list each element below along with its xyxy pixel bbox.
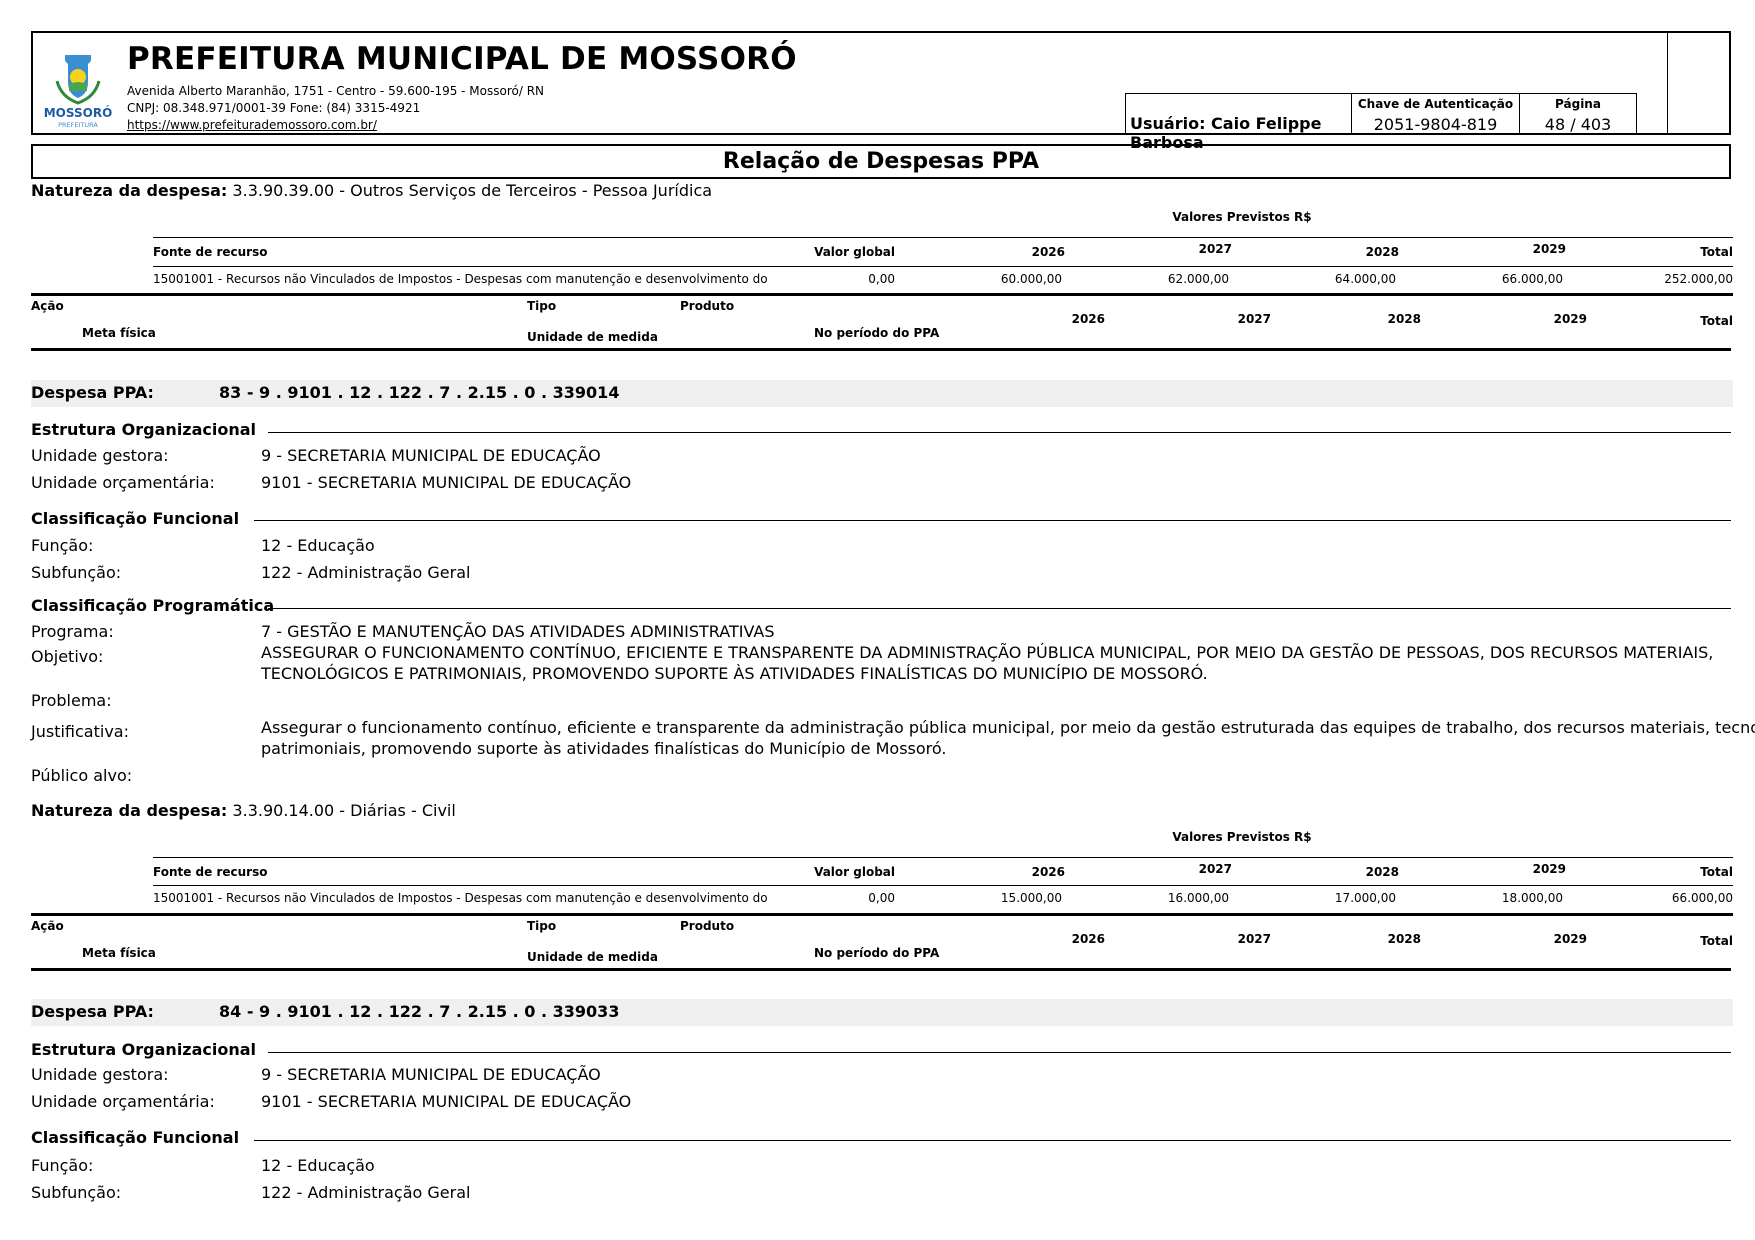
auth-key-value: 2051-9804-819	[1352, 115, 1519, 134]
svg-text:PREFEITURA: PREFEITURA	[58, 121, 98, 129]
year-header-2028: 2028	[1294, 245, 1399, 259]
meta-year-2026: 2026	[1000, 932, 1105, 946]
valor-global-header: Valor global	[780, 865, 895, 879]
value-2026: 60.000,00	[960, 272, 1062, 286]
programa-label: Programa:	[31, 622, 114, 641]
natureza-label: Natureza da despesa:	[31, 801, 227, 820]
table-divider	[153, 857, 1733, 858]
section-rule	[268, 1052, 1731, 1053]
table-divider	[31, 293, 1733, 296]
tipo-header: Tipo	[527, 919, 556, 933]
table-divider	[31, 913, 1733, 916]
svg-text:MOSSORÓ: MOSSORÓ	[44, 105, 113, 120]
total-header: Total	[1630, 865, 1733, 879]
value-total: 252.000,00	[1610, 272, 1733, 286]
unidade-orcamentaria-label: Unidade orçamentária:	[31, 1092, 215, 1111]
problema-label: Problema:	[31, 691, 112, 710]
section-rule	[268, 608, 1731, 609]
value-2028: 64.000,00	[1294, 272, 1396, 286]
produto-header: Produto	[680, 919, 734, 933]
meta-year-2029: 2029	[1482, 312, 1587, 326]
valores-previstos-label: Valores Previstos R$	[1142, 210, 1342, 224]
despesa-ppa-label: Despesa PPA:	[31, 1002, 154, 1021]
meta-year-2027: 2027	[1166, 932, 1271, 946]
natureza-value: 3.3.90.39.00 - Outros Serviços de Tercei…	[232, 181, 712, 200]
natureza-value: 3.3.90.14.00 - Diárias - Civil	[232, 801, 455, 820]
year-header-2027: 2027	[1127, 862, 1232, 876]
meta-year-2028: 2028	[1316, 312, 1421, 326]
funcao-label: Função:	[31, 1156, 93, 1175]
page-number: 48 / 403	[1520, 115, 1636, 134]
header-divider	[1667, 33, 1668, 133]
section-rule	[254, 1140, 1731, 1141]
meta-fisica-header: Meta física	[82, 326, 156, 340]
despesa-ppa-code: 84 - 9 . 9101 . 12 . 122 . 7 . 2.15 . 0 …	[219, 1002, 619, 1021]
coat-of-arms-icon: MOSSORÓ PREFEITURA	[43, 51, 113, 131]
subfuncao-value: 122 - Administração Geral	[261, 1183, 470, 1202]
year-header-2027: 2027	[1127, 242, 1232, 256]
meta-total-header: Total	[1630, 314, 1733, 328]
natureza-despesa-1: Natureza da despesa: 3.3.90.39.00 - Outr…	[31, 181, 712, 200]
funcional-title: Classificação Funcional	[31, 509, 239, 528]
periodo-ppa-header: No período do PPA	[814, 946, 939, 960]
unidade-gestora-value: 9 - SECRETARIA MUNICIPAL DE EDUCAÇÃO	[261, 1065, 601, 1084]
section-rule	[254, 520, 1731, 521]
objetivo-value-line1: ASSEGURAR O FUNCIONAMENTO CONTÍNUO, EFIC…	[261, 643, 1713, 662]
fonte-header: Fonte de recurso	[153, 865, 267, 879]
valores-previstos-label: Valores Previstos R$	[1142, 830, 1342, 844]
unidade-gestora-label: Unidade gestora:	[31, 1065, 169, 1084]
table-divider	[153, 266, 1733, 267]
fonte-value: 15001001 - Recursos não Vinculados de Im…	[153, 272, 768, 286]
meta-year-2027: 2027	[1166, 312, 1271, 326]
value-2027: 16.000,00	[1127, 891, 1229, 905]
auth-key-cell: Chave de Autenticação 2051-9804-819	[1351, 93, 1519, 133]
subfuncao-value: 122 - Administração Geral	[261, 563, 470, 582]
natureza-despesa-2: Natureza da despesa: 3.3.90.14.00 - Diár…	[31, 801, 456, 820]
fonte-header: Fonte de recurso	[153, 245, 267, 259]
estrutura-title: Estrutura Organizacional	[31, 1040, 256, 1059]
user-cell: Usuário: Caio Felippe Barbosa	[1125, 93, 1385, 133]
objetivo-value-line2: TECNOLÓGICOS E PATRIMONIAIS, PROMOVENDO …	[261, 664, 1208, 683]
publico-alvo-label: Público alvo:	[31, 766, 132, 785]
table-divider	[153, 885, 1733, 886]
meta-total-header: Total	[1630, 934, 1733, 948]
produto-header: Produto	[680, 299, 734, 313]
meta-year-2028: 2028	[1316, 932, 1421, 946]
acao-header: Ação	[31, 299, 64, 313]
meta-fisica-header: Meta física	[82, 946, 156, 960]
programatica-title: Classificação Programática	[31, 596, 274, 615]
table-divider	[153, 237, 1733, 238]
report-header: MOSSORÓ PREFEITURA PREFEITURA MUNICIPAL …	[31, 31, 1731, 135]
natureza-label: Natureza da despesa:	[31, 181, 227, 200]
year-header-2028: 2028	[1294, 865, 1399, 879]
value-2028: 17.000,00	[1294, 891, 1396, 905]
subfuncao-label: Subfunção:	[31, 563, 121, 582]
acao-header: Ação	[31, 919, 64, 933]
value-2029: 18.000,00	[1461, 891, 1563, 905]
page-label: Página	[1520, 97, 1636, 111]
organization-website-link[interactable]: https://www.prefeiturademossoro.com.br/	[127, 118, 377, 132]
estrutura-title: Estrutura Organizacional	[31, 420, 256, 439]
year-header-2029: 2029	[1461, 242, 1566, 256]
objetivo-label: Objetivo:	[31, 647, 103, 666]
valor-global-value: 0,00	[780, 272, 895, 286]
funcao-label: Função:	[31, 536, 93, 555]
unidade-medida-header: Unidade de medida	[527, 330, 658, 344]
valor-global-header: Valor global	[780, 245, 895, 259]
section-rule	[268, 432, 1731, 433]
valor-global-value: 0,00	[780, 891, 895, 905]
organization-cnpj-phone: CNPJ: 08.348.971/0001-39 Fone: (84) 3315…	[127, 101, 420, 115]
funcional-title: Classificação Funcional	[31, 1128, 239, 1147]
unidade-orcamentaria-value: 9101 - SECRETARIA MUNICIPAL DE EDUCAÇÃO	[261, 473, 631, 492]
tipo-header: Tipo	[527, 299, 556, 313]
value-total: 66.000,00	[1610, 891, 1733, 905]
unidade-orcamentaria-label: Unidade orçamentária:	[31, 473, 215, 492]
table-divider	[31, 348, 1731, 351]
subfuncao-label: Subfunção:	[31, 1183, 121, 1202]
year-header-2026: 2026	[960, 865, 1065, 879]
justificativa-label: Justificativa:	[31, 722, 129, 741]
funcao-value: 12 - Educação	[261, 536, 375, 555]
unidade-orcamentaria-value: 9101 - SECRETARIA MUNICIPAL DE EDUCAÇÃO	[261, 1092, 631, 1111]
justificativa-value-line1: Assegurar o funcionamento contínuo, efic…	[261, 718, 1755, 737]
unidade-medida-header: Unidade de medida	[527, 950, 658, 964]
fonte-value: 15001001 - Recursos não Vinculados de Im…	[153, 891, 768, 905]
justificativa-value-line2: patrimoniais, promovendo suporte às ativ…	[261, 739, 947, 758]
organization-name: PREFEITURA MUNICIPAL DE MOSSORÓ	[127, 41, 797, 77]
total-header: Total	[1630, 245, 1733, 259]
report-title: Relação de Despesas PPA	[31, 144, 1731, 179]
periodo-ppa-header: No período do PPA	[814, 326, 939, 340]
meta-year-2029: 2029	[1482, 932, 1587, 946]
organization-address: Avenida Alberto Maranhão, 1751 - Centro …	[127, 84, 544, 98]
unidade-gestora-value: 9 - SECRETARIA MUNICIPAL DE EDUCAÇÃO	[261, 446, 601, 465]
despesa-ppa-label: Despesa PPA:	[31, 383, 154, 402]
mossoro-logo: MOSSORÓ PREFEITURA	[43, 51, 113, 131]
funcao-value: 12 - Educação	[261, 1156, 375, 1175]
despesa-ppa-code: 83 - 9 . 9101 . 12 . 122 . 7 . 2.15 . 0 …	[219, 383, 619, 402]
table-divider	[31, 968, 1731, 971]
value-2029: 66.000,00	[1461, 272, 1563, 286]
value-2027: 62.000,00	[1127, 272, 1229, 286]
page-cell: Página 48 / 403	[1519, 93, 1637, 133]
meta-year-2026: 2026	[1000, 312, 1105, 326]
year-header-2029: 2029	[1461, 862, 1566, 876]
auth-key-label: Chave de Autenticação	[1352, 97, 1519, 111]
programa-value: 7 - GESTÃO E MANUTENÇÃO DAS ATIVIDADES A…	[261, 622, 775, 641]
year-header-2026: 2026	[960, 245, 1065, 259]
value-2026: 15.000,00	[960, 891, 1062, 905]
unidade-gestora-label: Unidade gestora:	[31, 446, 169, 465]
